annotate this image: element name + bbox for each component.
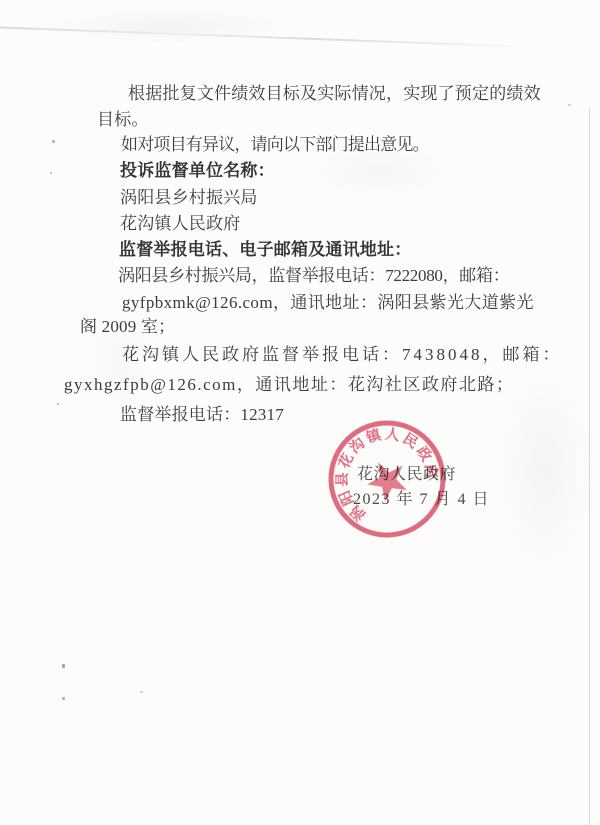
- scan-speck: [62, 664, 65, 668]
- scan-crease-line: [0, 26, 533, 48]
- body-line: 花沟镇人民政府监督举报电话：7438048，邮箱：: [122, 345, 563, 365]
- body-line: 涡阳县乡村振兴局，监督举报电话：7222080，邮箱：: [118, 266, 509, 286]
- seal-graphic: 涡阳县花沟镇人民政府: [299, 391, 475, 567]
- body-line: gyxhgzfpb@126.com，通讯地址：花沟社区政府北路；: [64, 375, 514, 395]
- star-icon: [360, 453, 413, 505]
- body-line: 根据批复文件绩效目标及实际情况，实现了预定的绩效: [128, 84, 541, 104]
- scan-speck: [62, 697, 65, 700]
- body-line: 阁 2009 室；: [80, 317, 175, 337]
- scan-speck: [50, 172, 52, 174]
- paper-edge-shadow: [589, 108, 590, 825]
- scan-smudge: [40, 8, 300, 44]
- body-line: gyfpbxmk@126.com，通讯地址：涡阳县紫光大道紫光: [122, 293, 534, 313]
- body-line: 目标。: [97, 110, 149, 130]
- scan-speck: [568, 104, 571, 106]
- body-line: 如对项目有异议，请向以下部门提出意见。: [121, 135, 429, 155]
- scan-speck: [57, 403, 59, 405]
- body-line: 涡阳县乡村振兴局: [120, 188, 258, 208]
- body-line: 花沟镇人民政府: [120, 214, 240, 234]
- official-seal: 涡阳县花沟镇人民政府: [299, 391, 475, 567]
- body-line: 监督举报电话：12317: [120, 405, 284, 425]
- contact-info-heading: 监督举报电话、电子邮箱及通讯地址：: [119, 240, 411, 260]
- scan-speck: [140, 691, 143, 693]
- scan-speck: [52, 140, 55, 143]
- complaint-unit-heading: 投诉监督单位名称：: [120, 161, 275, 181]
